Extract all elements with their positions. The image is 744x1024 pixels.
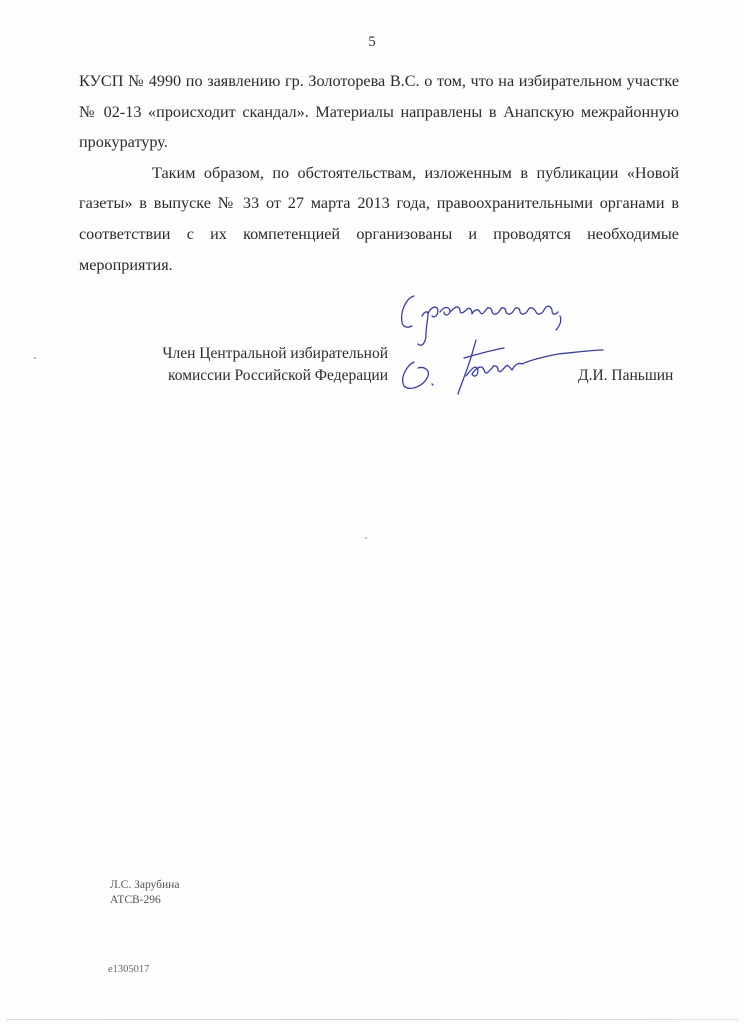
document-code: е1305017 [108, 964, 149, 975]
signatory-name: Д.И. Паньшин [578, 367, 673, 385]
executor-phone: АТСВ-296 [110, 893, 179, 908]
paragraph-conclusion: Таким образом, по обстоятельствам, излож… [79, 158, 679, 280]
executor-info: Л.С. Зарубина АТСВ-296 [110, 878, 179, 907]
executor-name: Л.С. Зарубина [110, 878, 179, 893]
scan-speck [34, 357, 36, 359]
page-number: 5 [0, 34, 744, 51]
page-bottom-edge [6, 1019, 738, 1020]
signatory-title-line-2: комиссии Российской Федерации [138, 365, 388, 387]
signatory-title-line-1: Член Центральной избирательной [138, 343, 388, 365]
paragraph-kusp: КУСП № 4990 по заявлению гр. Золоторева … [79, 66, 679, 158]
scan-speck [365, 537, 367, 539]
letter-body: КУСП № 4990 по заявлению гр. Золоторева … [79, 66, 679, 280]
signatory-title: Член Центральной избирательной комиссии … [138, 343, 388, 387]
